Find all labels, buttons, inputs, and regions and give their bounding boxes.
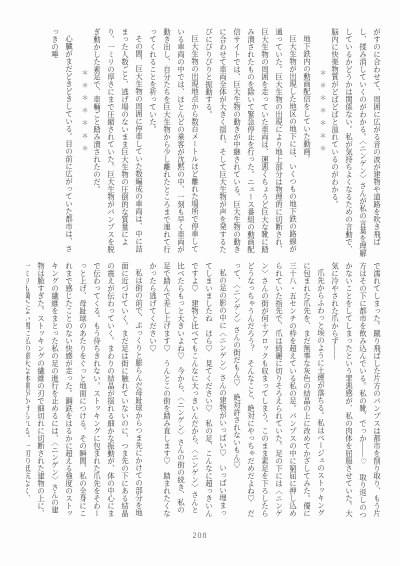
paragraph: 地下鉄内の動画配信をしていた動画。 <box>300 28 314 260</box>
top-text-block: がすのに合わせて、周囲に広がる音の波が建物や道路を吹き飛ばし、揉み消していくのが… <box>26 28 384 260</box>
section-separator: ＊＊＊＊＊＊＊ <box>314 28 328 260</box>
paragraph: 心臓がまだどきどきしている。目の前に広がっていた都市は、さっきの唾 <box>48 28 76 260</box>
paragraph: 爪先からふわっと埃のように土煙が落ちる。私はベージュのストッキングに包まれた爪先… <box>230 262 328 520</box>
page-number: 208 <box>0 531 400 540</box>
paragraph: がすのに合わせて、周囲に広がる音の波が建物や道路を吹き飛ばし、揉み消していくのが… <box>328 28 384 260</box>
paragraph: 巨大生物が出現した地区の地下には、いくつもの地下鉄の路線が通っていた。巨大生物の… <box>202 28 300 260</box>
paragraph: その間、巨大生物の周囲に停車していた数編成の車両は、中に詰まった人数ごと、逃げ場… <box>90 28 146 260</box>
paragraph: 私は街の前で、ぷっくりと膨らんだ母趾球からつま先にかけての部分を地面に近づけてい… <box>26 262 146 520</box>
paragraph: 巨大生物の出現地点から数百メートルほど離れた場所で停車している車両の中では、ほと… <box>146 28 202 260</box>
paragraph: 私の足の影の中に〈ニンゲン〉さんの建物がいっぱい♡ いっぱい埋まってしまいました… <box>146 262 230 520</box>
novel-page: がすのに合わせて、周囲に広がる音の波が建物や道路を吹き飛ばし、揉み消していくのが… <box>0 0 400 566</box>
section-separator: ＊＊＊＊＊＊＊ <box>76 28 90 260</box>
bottom-text-block: で濡れてしまった。蹴り飛ばした片方のパンプスは都市を削り取り、もう片方はその下に… <box>26 262 384 520</box>
paragraph: で濡れてしまった。蹴り飛ばした片方のパンプスは都市を削り取り、もう片方はその下に… <box>328 262 384 520</box>
